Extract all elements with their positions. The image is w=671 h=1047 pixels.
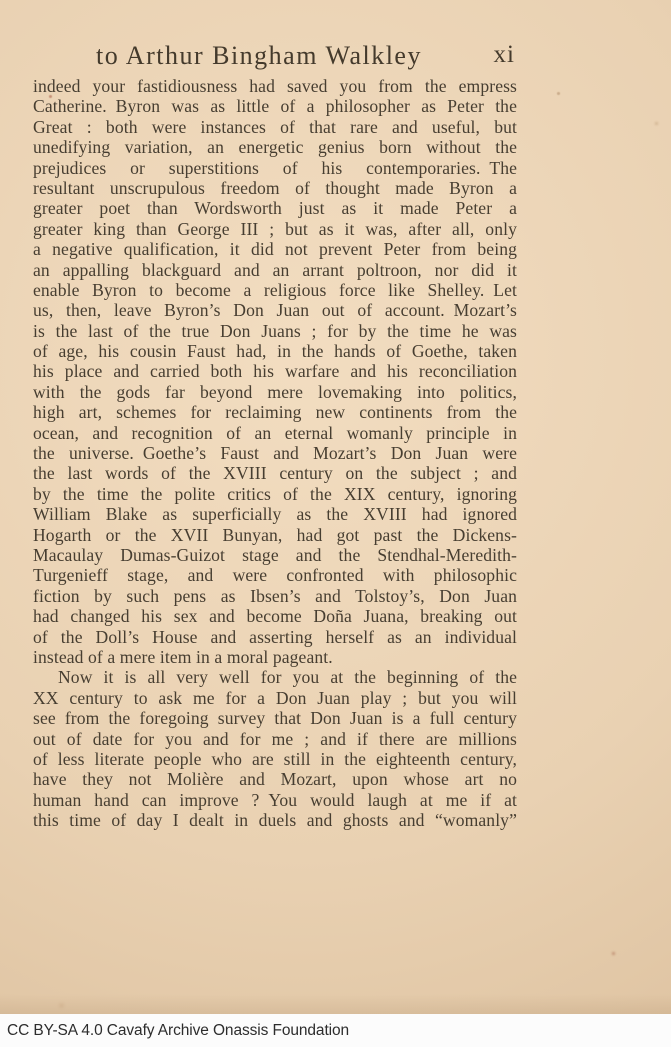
- running-header: to Arthur Bingham Walkley xi: [33, 41, 517, 73]
- text-line: unedifying variation, an energetic geniu…: [33, 137, 517, 157]
- text-line: indeed your fastidiousness had saved you…: [33, 76, 517, 96]
- text-line: his place and carried both his warfare a…: [33, 361, 517, 381]
- text-line: of age, his cousin Faust had, in the han…: [33, 341, 517, 361]
- text-line: have they not Molière and Mozart, upon w…: [33, 769, 517, 789]
- text-line: us, then, leave Byron’s Don Juan out of …: [33, 300, 517, 320]
- license-bar: CC BY-SA 4.0 Cavafy Archive Onassis Foun…: [0, 1014, 671, 1047]
- license-caption: CC BY-SA 4.0 Cavafy Archive Onassis Foun…: [7, 1022, 349, 1040]
- text-line: high art, schemes for reclaiming new con…: [33, 402, 517, 422]
- page-header-title: to Arthur Bingham Walkley: [33, 41, 485, 71]
- text-line: fiction by such pens as Ibsen’s and Tols…: [33, 586, 517, 606]
- page-number: xi: [494, 41, 515, 69]
- text-line: Macaulay Dumas-Guizot stage and the Sten…: [33, 545, 517, 565]
- text-line: XX century to ask me for a Don Juan play…: [33, 688, 517, 708]
- text-line: a negative qualification, it did not pre…: [33, 239, 517, 259]
- text-line: Catherine. Byron was as little of a phil…: [33, 96, 517, 116]
- text-line: greater king than George III ; but as it…: [33, 219, 517, 239]
- text-line: of the Doll’s House and asserting hersel…: [33, 627, 517, 647]
- text-line: resultant unscrupulous freedom of though…: [33, 178, 517, 198]
- text-line: is the last of the true Don Juans ; for …: [33, 321, 517, 341]
- text-line: see from the foregoing survey that Don J…: [33, 708, 517, 728]
- text-line: greater poet than Wordsworth just as it …: [33, 198, 517, 218]
- text-line: by the time the polite critics of the XI…: [33, 484, 517, 504]
- text-line: Turgenieff stage, and were confronted wi…: [33, 565, 517, 585]
- text-line: had changed his sex and become Doña Juan…: [33, 606, 517, 626]
- text-line: out of date for you and for me ; and if …: [33, 729, 517, 749]
- text-line: Now it is all very well for you at the b…: [33, 667, 517, 687]
- text-line: the last words of the XVIII century on t…: [33, 463, 517, 483]
- text-line: of less literate people who are still in…: [33, 749, 517, 769]
- paper-specks: [0, 0, 3, 3]
- scanned-book-page: to Arthur Bingham Walkley xi indeed your…: [0, 0, 671, 1047]
- text-line: an appalling blackguard and an arrant po…: [33, 260, 517, 280]
- paper-edge-shadow: [0, 994, 671, 1014]
- text-line: human hand can improve ? You would laugh…: [33, 790, 517, 810]
- text-line: this time of day I dealt in duels and gh…: [33, 810, 517, 830]
- text-line: prejudices or superstitions of his conte…: [33, 158, 517, 178]
- body-text: indeed your fastidiousness had saved you…: [33, 76, 517, 830]
- text-line: enable Byron to become a religious force…: [33, 280, 517, 300]
- text-line: Great : both were instances of that rare…: [33, 117, 517, 137]
- text-line: ocean, and recognition of an eternal wom…: [33, 423, 517, 443]
- text-line: Hogarth or the XVII Bunyan, had got past…: [33, 525, 517, 545]
- text-line: the universe. Goethe’s Faust and Mozart’…: [33, 443, 517, 463]
- text-line: William Blake as superficially as the XV…: [33, 504, 517, 524]
- text-line: with the gods far beyond mere lovemaking…: [33, 382, 517, 402]
- text-line: instead of a mere item in a moral pagean…: [33, 647, 517, 667]
